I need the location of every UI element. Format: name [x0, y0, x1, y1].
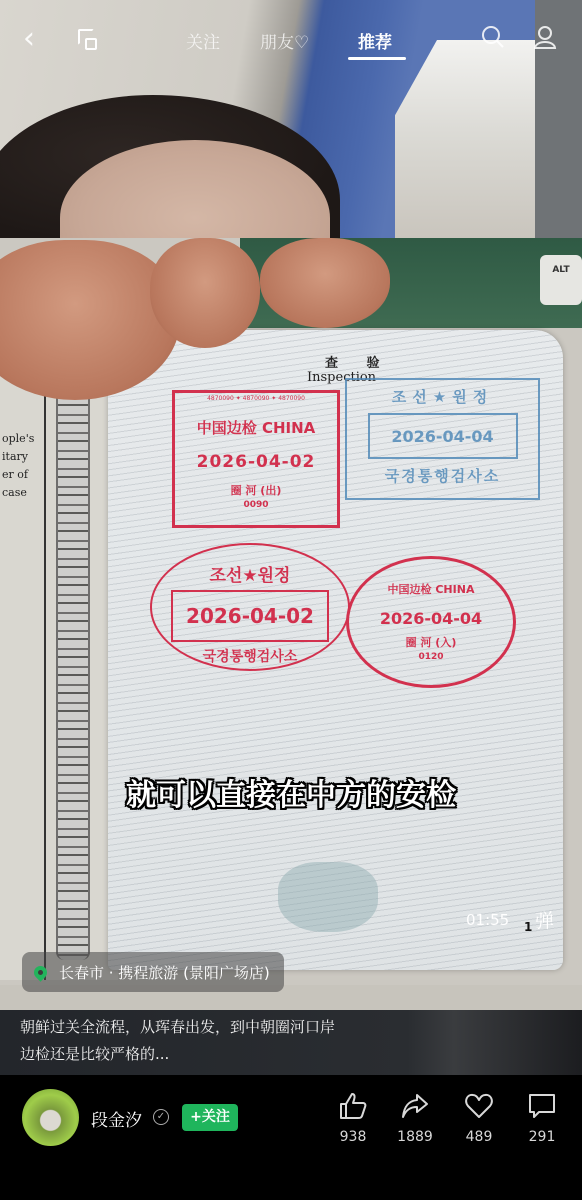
author-name[interactable]: 段金汐: [91, 1106, 142, 1131]
favorite-count: 489: [451, 1129, 507, 1145]
thumbs-up-icon: [325, 1089, 381, 1123]
left-page-text: ople's: [2, 430, 34, 448]
verified-badge-icon: ✓: [153, 1109, 169, 1125]
location-tag[interactable]: 长春市 · 携程旅游 (景阳广场店): [22, 952, 284, 992]
tab-recommended[interactable]: 推荐: [358, 28, 392, 53]
danmu-toggle-button[interactable]: 弹: [535, 906, 554, 933]
comment-button[interactable]: 291: [514, 1089, 570, 1145]
share-arrow-icon: [387, 1089, 443, 1123]
left-page-text: case: [2, 484, 27, 502]
location-text: 长春市 · 携程旅游 (景阳广场店): [59, 962, 270, 983]
share-button[interactable]: 1889: [387, 1089, 443, 1145]
video-subtitle: 就可以直接在中方的安检: [0, 770, 582, 814]
video-description[interactable]: 朝鲜过关全流程，从珲春出发，到中朝圈河口岸 边检还是比较严格的...: [20, 1014, 440, 1068]
alt-key: ALT: [540, 255, 582, 305]
active-tab-indicator: [348, 57, 406, 60]
favorite-button[interactable]: 489: [451, 1089, 507, 1145]
chevron-left-icon[interactable]: ‹: [14, 24, 44, 54]
left-page-text: er of: [2, 466, 28, 484]
share-count: 1889: [387, 1129, 443, 1145]
danmu-count: 1: [524, 920, 532, 934]
passport-emblem: [278, 862, 378, 932]
bottom-bar: 段金汐 ✓ +关注 938 1889 489 291: [0, 1075, 582, 1200]
tab-friends[interactable]: 朋友♡: [260, 28, 309, 53]
comment-count: 291: [514, 1129, 570, 1145]
inspection-heading-cn: 查 验: [325, 352, 392, 371]
video-timestamp: 01:55: [466, 911, 509, 929]
stamp-china-exit: 4870090 ✦ 4870090 ✦ 4870090 中国边检 CHINA 2…: [172, 390, 340, 528]
top-navigation: ‹ 关注 朋友♡ 推荐: [0, 0, 582, 80]
finger: [260, 238, 390, 328]
stamp-dprk-exit: 조선★원정 2026-04-04 국경통행검사소: [345, 378, 540, 500]
stamp-dprk-entry: 조선★원정 2026-04-02 국경통행검사소: [150, 543, 350, 671]
passport-ornament-border: [56, 380, 90, 960]
heart-icon: [451, 1089, 507, 1123]
video-player[interactable]: ALT ople's itary er of case 查 验 Inspecti…: [0, 0, 582, 1075]
user-icon[interactable]: [530, 24, 560, 54]
avatar[interactable]: [22, 1089, 79, 1146]
follow-button[interactable]: +关注: [182, 1104, 238, 1131]
like-count: 938: [325, 1129, 381, 1145]
like-button[interactable]: 938: [325, 1089, 381, 1145]
tab-follow[interactable]: 关注: [186, 28, 220, 53]
location-pin-icon: [31, 963, 49, 981]
floating-window-icon[interactable]: [74, 24, 104, 54]
search-icon[interactable]: [478, 24, 508, 54]
finger: [150, 238, 260, 348]
stamp-china-entry: 中国边检 CHINA 2026-04-04 圈 河 (入) 0120: [346, 556, 516, 688]
left-page-text: itary: [2, 448, 28, 466]
comment-icon: [514, 1089, 570, 1123]
